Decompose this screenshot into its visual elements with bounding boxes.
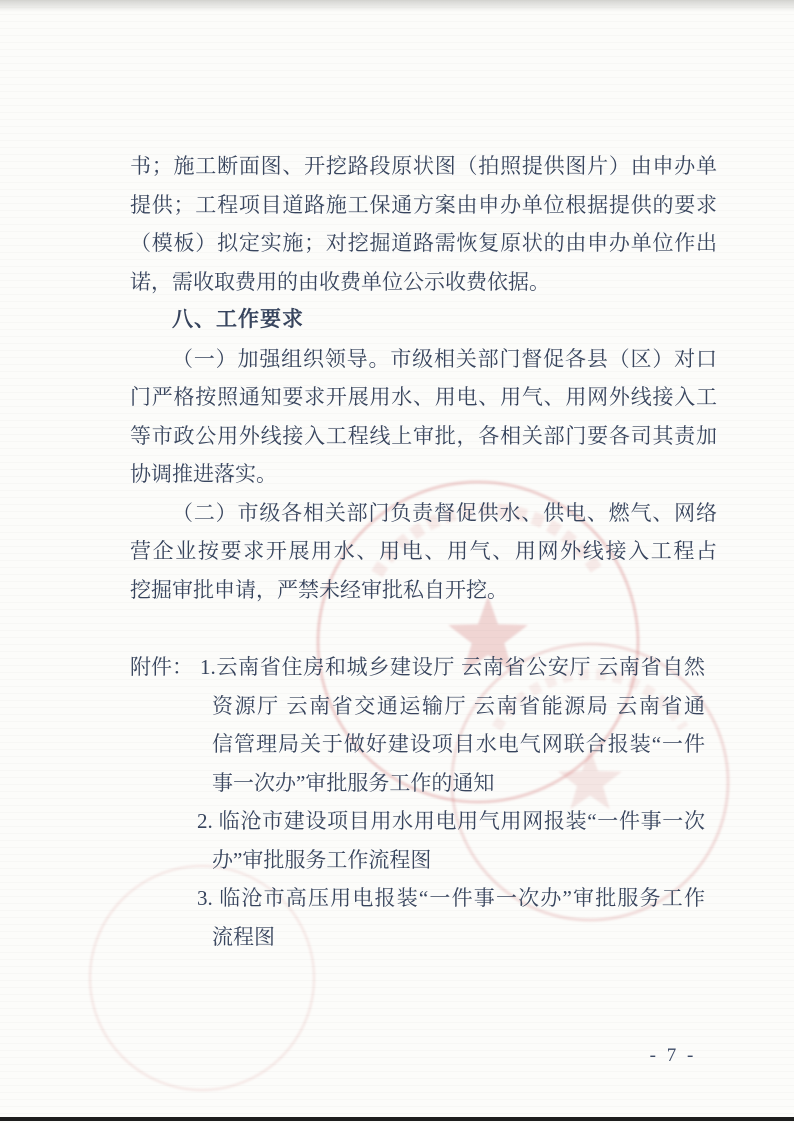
body-line: 书；施工断面图、开挖路段原状图（拍照提供图片）由申办单位 [130,147,717,186]
body-line: 协调推进落实。 [130,455,717,494]
scan-top-edge [0,0,794,12]
body-line: （模板）拟定实施；对挖掘道路需恢复原状的由申办单位作出承 [130,224,717,263]
body-line: 提供；工程项目道路施工保通方案由申办单位根据提供的要求 [130,186,717,225]
attachment-item-1-line: 信管理局关于做好建设项目水电气网联合报装“一件 [130,725,717,764]
body-line: （二）市级各相关部门负责督促供水、供电、燃气、网络运 [130,494,717,533]
attachment-text: 1.云南省住房和城乡建设厅 云南省公安厅 云南省自然 [200,655,705,679]
attachment-item-1-line: 附件：1.云南省住房和城乡建设厅 云南省公安厅 云南省自然 [130,648,717,687]
attachment-item-1-line: 资源厅 云南省交通运输厅 云南省能源局 云南省通 [130,687,717,726]
section-heading: 八、工作要求 [130,301,717,340]
document-page: { "doc": { "para1": { "lines": [ "书；施工断面… [0,0,794,1123]
blank-line [130,610,717,649]
attachment-item-3-line: 3. 临沧市高压用电报装“一件事一次办”审批服务工作 [130,879,717,918]
body-line: 营企业按要求开展用水、用电、用气、用网外线接入工程占道、 [130,532,717,571]
body-line: 挖掘审批申请，严禁未经审批私自开挖。 [130,571,717,610]
attachments-label: 附件： [130,648,193,687]
body-line: 门严格按照通知要求开展用水、用电、用气、用网外线接入工程 [130,378,717,417]
attachment-item-2-line: 办”审批服务工作流程图 [130,841,717,880]
attachment-item-2-line: 2. 临沧市建设项目用水用电用气用网报装“一件事一次 [130,802,717,841]
scan-bottom-edge [0,1117,794,1121]
document-body: 书；施工断面图、开挖路段原状图（拍照提供图片）由申办单位 提供；工程项目道路施工… [130,147,717,956]
body-line: 等市政公用外线接入工程线上审批，各相关部门要各司其责加强 [130,417,717,456]
body-line: 诺，需收取费用的由收费单位公示收费依据。 [130,263,717,302]
attachment-item-1-line: 事一次办”审批服务工作的通知 [130,764,717,803]
body-line: （一）加强组织领导。市级相关部门督促各县（区）对口部 [130,340,717,379]
attachment-item-3-line: 流程图 [130,918,717,957]
page-number: - 7 - [630,1042,716,1070]
